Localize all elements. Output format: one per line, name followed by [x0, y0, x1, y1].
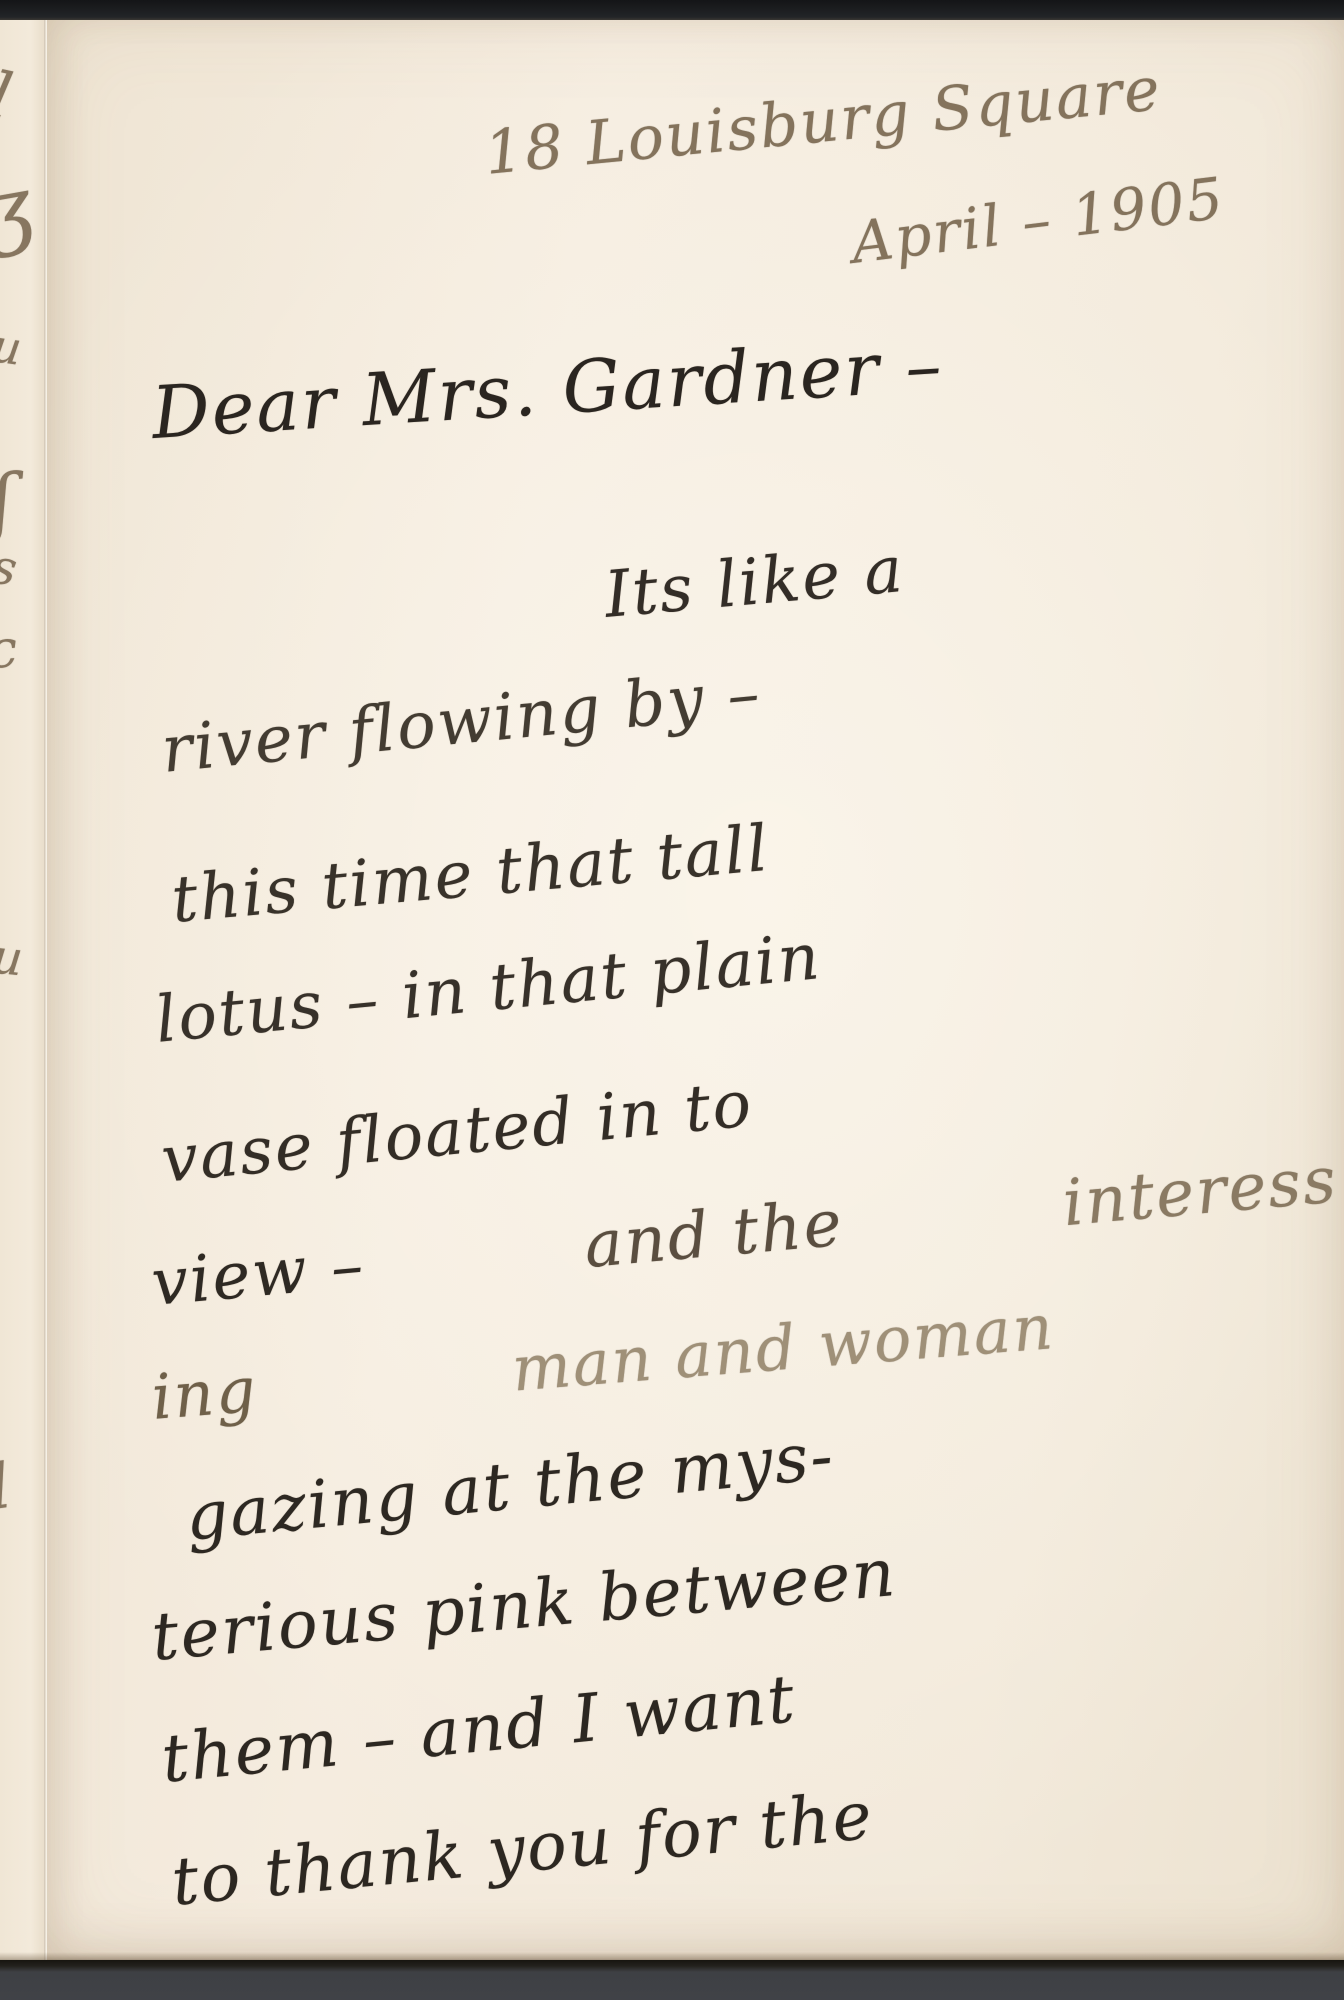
scan-background-top: [0, 0, 1344, 20]
ink-fragment: l: [0, 1449, 15, 1524]
ink-fragment: u: [0, 318, 25, 376]
ink-fragment: c: [0, 619, 19, 681]
page-fold-crease: [44, 20, 47, 1962]
ink-fragment: ſ: [0, 459, 20, 547]
letter-scan: l ʒ u ſ s c u l 18 Louisburg Square Apri…: [0, 0, 1344, 2000]
ink-fragment: ʒ: [0, 157, 40, 262]
letter-line-segment: ing: [149, 1352, 281, 1433]
ink-fragment: u: [0, 929, 26, 988]
adjacent-page-edge: l ʒ u ſ s c u l: [0, 20, 44, 1962]
scan-background-bottom: [0, 1960, 1344, 2000]
ink-fragment: l: [0, 59, 18, 136]
ink-fragment: s: [0, 538, 21, 597]
